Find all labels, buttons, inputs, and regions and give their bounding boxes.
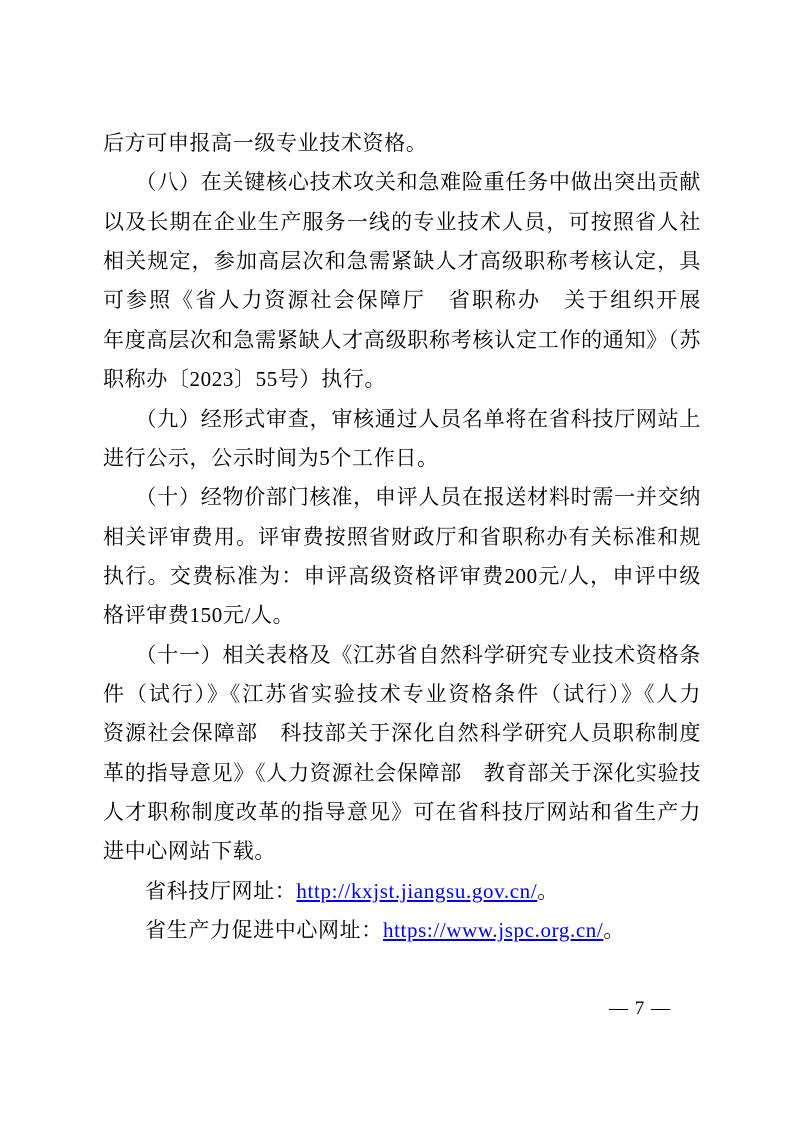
text-line: 相关评审费用。评审费按照省财政厅和省职称办有关标准和规定 [103,518,701,557]
text-segment: 件（试行）》《江苏省实验技术专业资格条件（试行）》《人力 [103,682,701,706]
text-line: 执行。交费标准为：申评高级资格评审费200元/人，申评中级资 [103,557,701,596]
text-segment: （十一）相关表格及《江苏省自然科学研究专业技术资格条 [136,643,701,667]
text-line: 省生产力促进中心网址：https://www.jspc.org.cn/。 [103,911,701,950]
document-body: 后方可申报高一级专业技术资格。（八）在关键核心技术攻关和急难险重任务中做出突出贡… [103,124,701,951]
text-line: 以及长期在企业生产服务一线的专业技术人员，可按照省人社厅 [103,203,701,242]
text-line: 可参照《省人力资源社会保障厅 省职称办 关于组织开展2023 [103,281,701,320]
text-segment: 省生产力促进中心网址： [145,918,383,942]
text-segment: 进行公示，公示时间为5个工作日。 [103,446,439,470]
text-segment: 革的指导意见》《人力资源社会保障部 教育部关于深化实验技术 [103,761,701,793]
text-segment: （八）在关键核心技术攻关和急难险重任务中做出突出贡献 [136,170,701,194]
text-segment: （十）经物价部门核准，申评人员在报送材料时需一并交纳 [136,485,701,509]
text-line: 相关规定，参加高层次和急需紧缺人才高级职称考核认定，具体 [103,242,701,281]
text-line: 进中心网站下载。 [103,832,701,871]
text-line: 职称办〔2023〕55号）执行。 [103,360,701,399]
text-line: 人才职称制度改革的指导意见》可在省科技厅网站和省生产力促 [103,793,701,832]
text-segment: 。 [537,879,559,903]
text-line: 资源社会保障部 科技部关于深化自然科学研究人员职称制度改 [103,714,701,753]
text-segment: 资源社会保障部 科技部关于深化自然科学研究人员职称制度改 [103,721,701,753]
text-segment: 职称办〔2023〕55号）执行。 [103,367,386,391]
text-segment: 进中心网站下载。 [103,839,276,863]
jspc-link[interactable]: https://www.jspc.org.cn/ [383,918,603,942]
text-segment: 格评审费150元/人。 [103,603,294,627]
text-line: （九）经形式审查，审核通过人员名单将在省科技厅网站上 [103,400,701,439]
text-line: （十一）相关表格及《江苏省自然科学研究专业技术资格条 [103,636,701,675]
text-segment: 人才职称制度改革的指导意见》可在省科技厅网站和省生产力促 [103,800,701,832]
text-segment: 年度高层次和急需紧缺人才高级职称考核认定工作的通知》（苏 [103,328,701,352]
kxjst-link[interactable]: http://kxjst.jiangsu.gov.cn/ [296,879,537,903]
text-line: 后方可申报高一级专业技术资格。 [103,124,701,163]
text-line: 省科技厅网址：http://kxjst.jiangsu.gov.cn/。 [103,872,701,911]
page: 后方可申报高一级专业技术资格。（八）在关键核心技术攻关和急难险重任务中做出突出贡… [0,0,794,1123]
text-segment: 可参照《省人力资源社会保障厅 省职称办 关于组织开展2023 [103,288,701,320]
text-segment: 相关评审费用。评审费按照省财政厅和省职称办有关标准和规定 [103,525,701,557]
text-segment: 省科技厅网址： [145,879,296,903]
text-segment: （九）经形式审查，审核通过人员名单将在省科技厅网站上 [136,407,701,431]
text-line: （十）经物价部门核准，申评人员在报送材料时需一并交纳 [103,478,701,517]
text-segment: 以及长期在企业生产服务一线的专业技术人员，可按照省人社厅 [103,210,701,242]
text-segment: 后方可申报高一级专业技术资格。 [103,131,427,155]
text-segment: 执行。交费标准为：申评高级资格评审费200元/人，申评中级资 [103,564,701,596]
text-line: 年度高层次和急需紧缺人才高级职称考核认定工作的通知》（苏 [103,321,701,360]
text-line: 革的指导意见》《人力资源社会保障部 教育部关于深化实验技术 [103,754,701,793]
text-segment: 。 [603,918,625,942]
text-line: （八）在关键核心技术攻关和急难险重任务中做出突出贡献 [103,163,701,202]
text-line: 件（试行）》《江苏省实验技术专业资格条件（试行）》《人力 [103,675,701,714]
page-number: — 7 — [598,996,682,1022]
text-line: 进行公示，公示时间为5个工作日。 [103,439,701,478]
text-segment: 相关规定，参加高层次和急需紧缺人才高级职称考核认定，具体 [103,249,701,281]
text-line: 格评审费150元/人。 [103,596,701,635]
